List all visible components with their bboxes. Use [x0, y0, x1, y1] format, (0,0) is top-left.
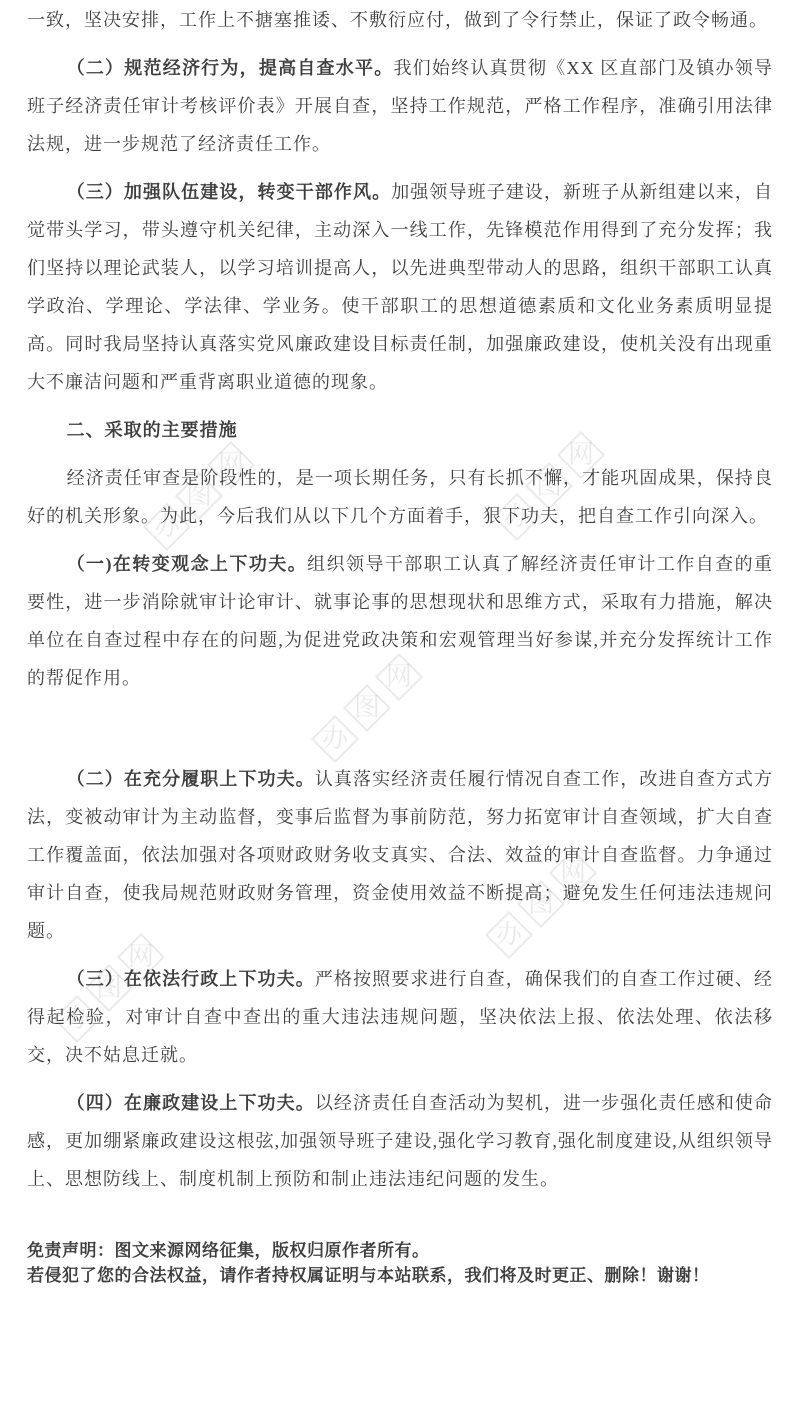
- paragraph: （二）规范经济行为，提高自查水平。我们始终认真贯彻《XX 区直部门及镇办领导班子…: [27, 49, 773, 163]
- paragraph: （二）在充分履职上下功夫。认真落实经济责任履行情况自查工作，改进自查方式方法，变…: [27, 760, 773, 950]
- paragraph-lead: （四）在廉政建设上下功夫。: [67, 1093, 315, 1113]
- paragraph-lead: （三）在依法行政上下功夫。: [67, 969, 315, 989]
- disclaimer-line: 免责声明：图文来源网络征集，版权归原作者所有。: [27, 1238, 773, 1263]
- paragraph: 一致，坚决安排，工作上不搪塞推诿、不敷衍应付，做到了令行禁止，保证了政令畅通。: [27, 1, 773, 39]
- paragraph-lead: （三）加强队伍建设，转变干部作风。: [67, 182, 392, 202]
- paragraph: 经济责任审查是阶段性的，是一项长期任务，只有长抓不懈，才能巩固成果，保持良好的机…: [27, 459, 773, 535]
- paragraph: （四）在廉政建设上下功夫。以经济责任自查活动为契机，进一步强化责任感和使命感，更…: [27, 1084, 773, 1198]
- section-heading: 二、采取的主要措施: [27, 411, 773, 449]
- disclaimer-line: 若侵犯了您的合法权益，请作者持权属证明与本站联系，我们将及时更正、删除！谢谢！: [27, 1263, 773, 1288]
- paragraph-lead: （一)在转变观念上下功夫。: [67, 554, 308, 574]
- paragraph: （三）加强队伍建设，转变干部作风。加强领导班子建设，新班子从新组建以来，自觉带头…: [27, 173, 773, 401]
- paragraph-container: 一致，坚决安排，工作上不搪塞推诿、不敷衍应付，做到了令行禁止，保证了政令畅通。（…: [27, 1, 773, 1198]
- document-body: 一致，坚决安排，工作上不搪塞推诿、不敷衍应付，做到了令行禁止，保证了政令畅通。（…: [27, 1, 773, 1288]
- disclaimer-block: 免责声明：图文来源网络征集，版权归原作者所有。 若侵犯了您的合法权益，请作者持权…: [27, 1238, 773, 1288]
- paragraph-lead: （二）规范经济行为，提高自查水平。: [67, 58, 394, 78]
- paragraph-lead: （二）在充分履职上下功夫。: [67, 769, 315, 789]
- document-page: 办图网办图网办图网办图网办图网 一致，坚决安排，工作上不搪塞推诿、不敷衍应付，做…: [0, 0, 800, 1406]
- blank-gap: [27, 707, 773, 760]
- paragraph: （三）在依法行政上下功夫。严格按照要求进行自查，确保我们的自查工作过硬、经得起检…: [27, 960, 773, 1074]
- paragraph: （一)在转变观念上下功夫。组织领导干部职工认真了解经济责任审计工作自查的重要性，…: [27, 545, 773, 697]
